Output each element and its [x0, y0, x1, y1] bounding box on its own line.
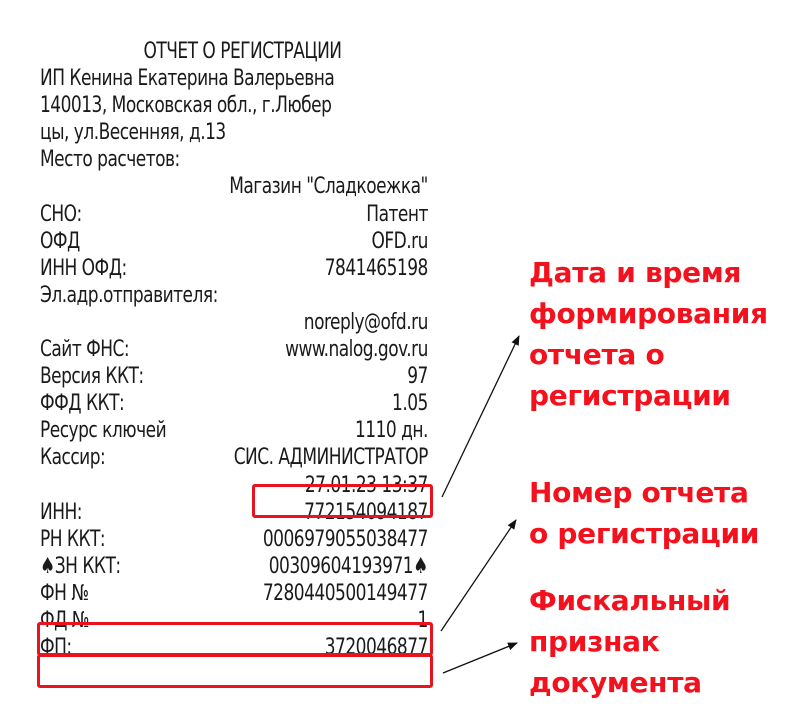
- row-ofd: ОФД OFD.ru: [40, 228, 428, 255]
- row-fns-site: Сайт ФНС: www.nalog.gov.ru: [40, 336, 428, 363]
- receipt-title: ОТЧЕТ О РЕГИСТРАЦИИ: [126, 38, 341, 65]
- row-value: Патент: [366, 201, 428, 228]
- row-kkt-version: Версия ККТ: 97: [40, 363, 428, 390]
- row-fn-number: ФН № 7280440500149477: [40, 580, 428, 607]
- row-label: ИНН:: [40, 499, 82, 526]
- row-label: ♠ЗН ККТ:: [40, 553, 121, 580]
- row-value: 7841465198: [325, 255, 428, 282]
- row-ffd-kkt: ФФД ККТ: 1.05: [40, 390, 428, 417]
- row-value: 97: [407, 363, 428, 390]
- owner-name: ИП Кенина Екатерина Валерьевна: [40, 65, 334, 92]
- row-rn-kkt: РН ККТ: 0006979055038477: [40, 526, 428, 553]
- row-value: 1110 дн.: [355, 417, 428, 444]
- row-label: ФФД ККТ:: [40, 390, 124, 417]
- row-label: Сайт ФНС:: [40, 336, 129, 363]
- row-value: 1.05: [392, 390, 428, 417]
- sender-email: noreply@ofd.ru: [304, 309, 428, 336]
- row-label: Ресурс ключей: [40, 417, 166, 444]
- annotation-report-number: Номер отчета о регистрации: [529, 472, 759, 554]
- row-label: Версия ККТ:: [40, 363, 144, 390]
- place-value: Магазин "Сладкоежка": [229, 173, 428, 200]
- row-cashier: Кассир: СИС. АДМИНИСТРАТОР: [40, 444, 428, 471]
- row-tax-system: СНО: Патент: [40, 201, 428, 228]
- row-label: РН ККТ:: [40, 526, 105, 553]
- place-label-line: Место расчетов:: [40, 146, 428, 173]
- row-ofd-inn: ИНН ОФД: 7841465198: [40, 255, 428, 282]
- address-line-1: 140013, Московская обл., г.Любер: [40, 92, 428, 119]
- row-value: 7280440500149477: [263, 580, 428, 607]
- receipt-title-line: ОТЧЕТ О РЕГИСТРАЦИИ: [40, 38, 428, 65]
- row-label: ФН №: [40, 580, 89, 607]
- sender-label: Эл.адр.отправителя:: [40, 282, 218, 309]
- owner-line: ИП Кенина Екатерина Валерьевна: [40, 65, 428, 92]
- sender-value-line: noreply@ofd.ru: [40, 309, 428, 336]
- address-text-2: цы, ул.Весенняя, д.13: [40, 119, 226, 146]
- registration-receipt: ОТЧЕТ О РЕГИСТРАЦИИ ИП Кенина Екатерина …: [40, 38, 428, 661]
- arrow-report-number: [441, 520, 516, 631]
- row-label: СНО:: [40, 201, 82, 228]
- sender-label-line: Эл.адр.отправителя:: [40, 282, 428, 309]
- row-value: 0006979055038477: [263, 526, 428, 553]
- place-value-line: Магазин "Сладкоежка": [40, 173, 428, 200]
- row-label: ИНН ОФД:: [40, 255, 127, 282]
- row-label: Кассир:: [40, 444, 105, 471]
- row-value: СИС. АДМИНИСТРАТОР: [234, 444, 428, 471]
- row-value: 00309604193971♠: [269, 553, 428, 580]
- address-line-2: цы, ул.Весенняя, д.13: [40, 119, 428, 146]
- row-key-resource: Ресурс ключей 1110 дн.: [40, 417, 428, 444]
- row-value: www.nalog.gov.ru: [285, 336, 428, 363]
- arrow-fiscal-sign: [443, 643, 517, 673]
- place-label: Место расчетов:: [40, 146, 180, 173]
- row-value: OFD.ru: [371, 228, 427, 255]
- fiscal-sign-highlight-box: [37, 654, 433, 688]
- datetime-highlight-box: [252, 484, 433, 518]
- annotation-fiscal-sign: Фискальный признак документа: [529, 580, 730, 703]
- address-text-1: 140013, Московская обл., г.Любер: [40, 92, 331, 119]
- row-label: ОФД: [40, 228, 80, 255]
- arrow-datetime: [442, 336, 519, 497]
- annotation-datetime: Дата и время формирования отчета о регис…: [529, 252, 768, 416]
- fd-number-highlight-box: [37, 622, 433, 656]
- row-zn-kkt: ♠ЗН ККТ: 00309604193971♠: [40, 553, 428, 580]
